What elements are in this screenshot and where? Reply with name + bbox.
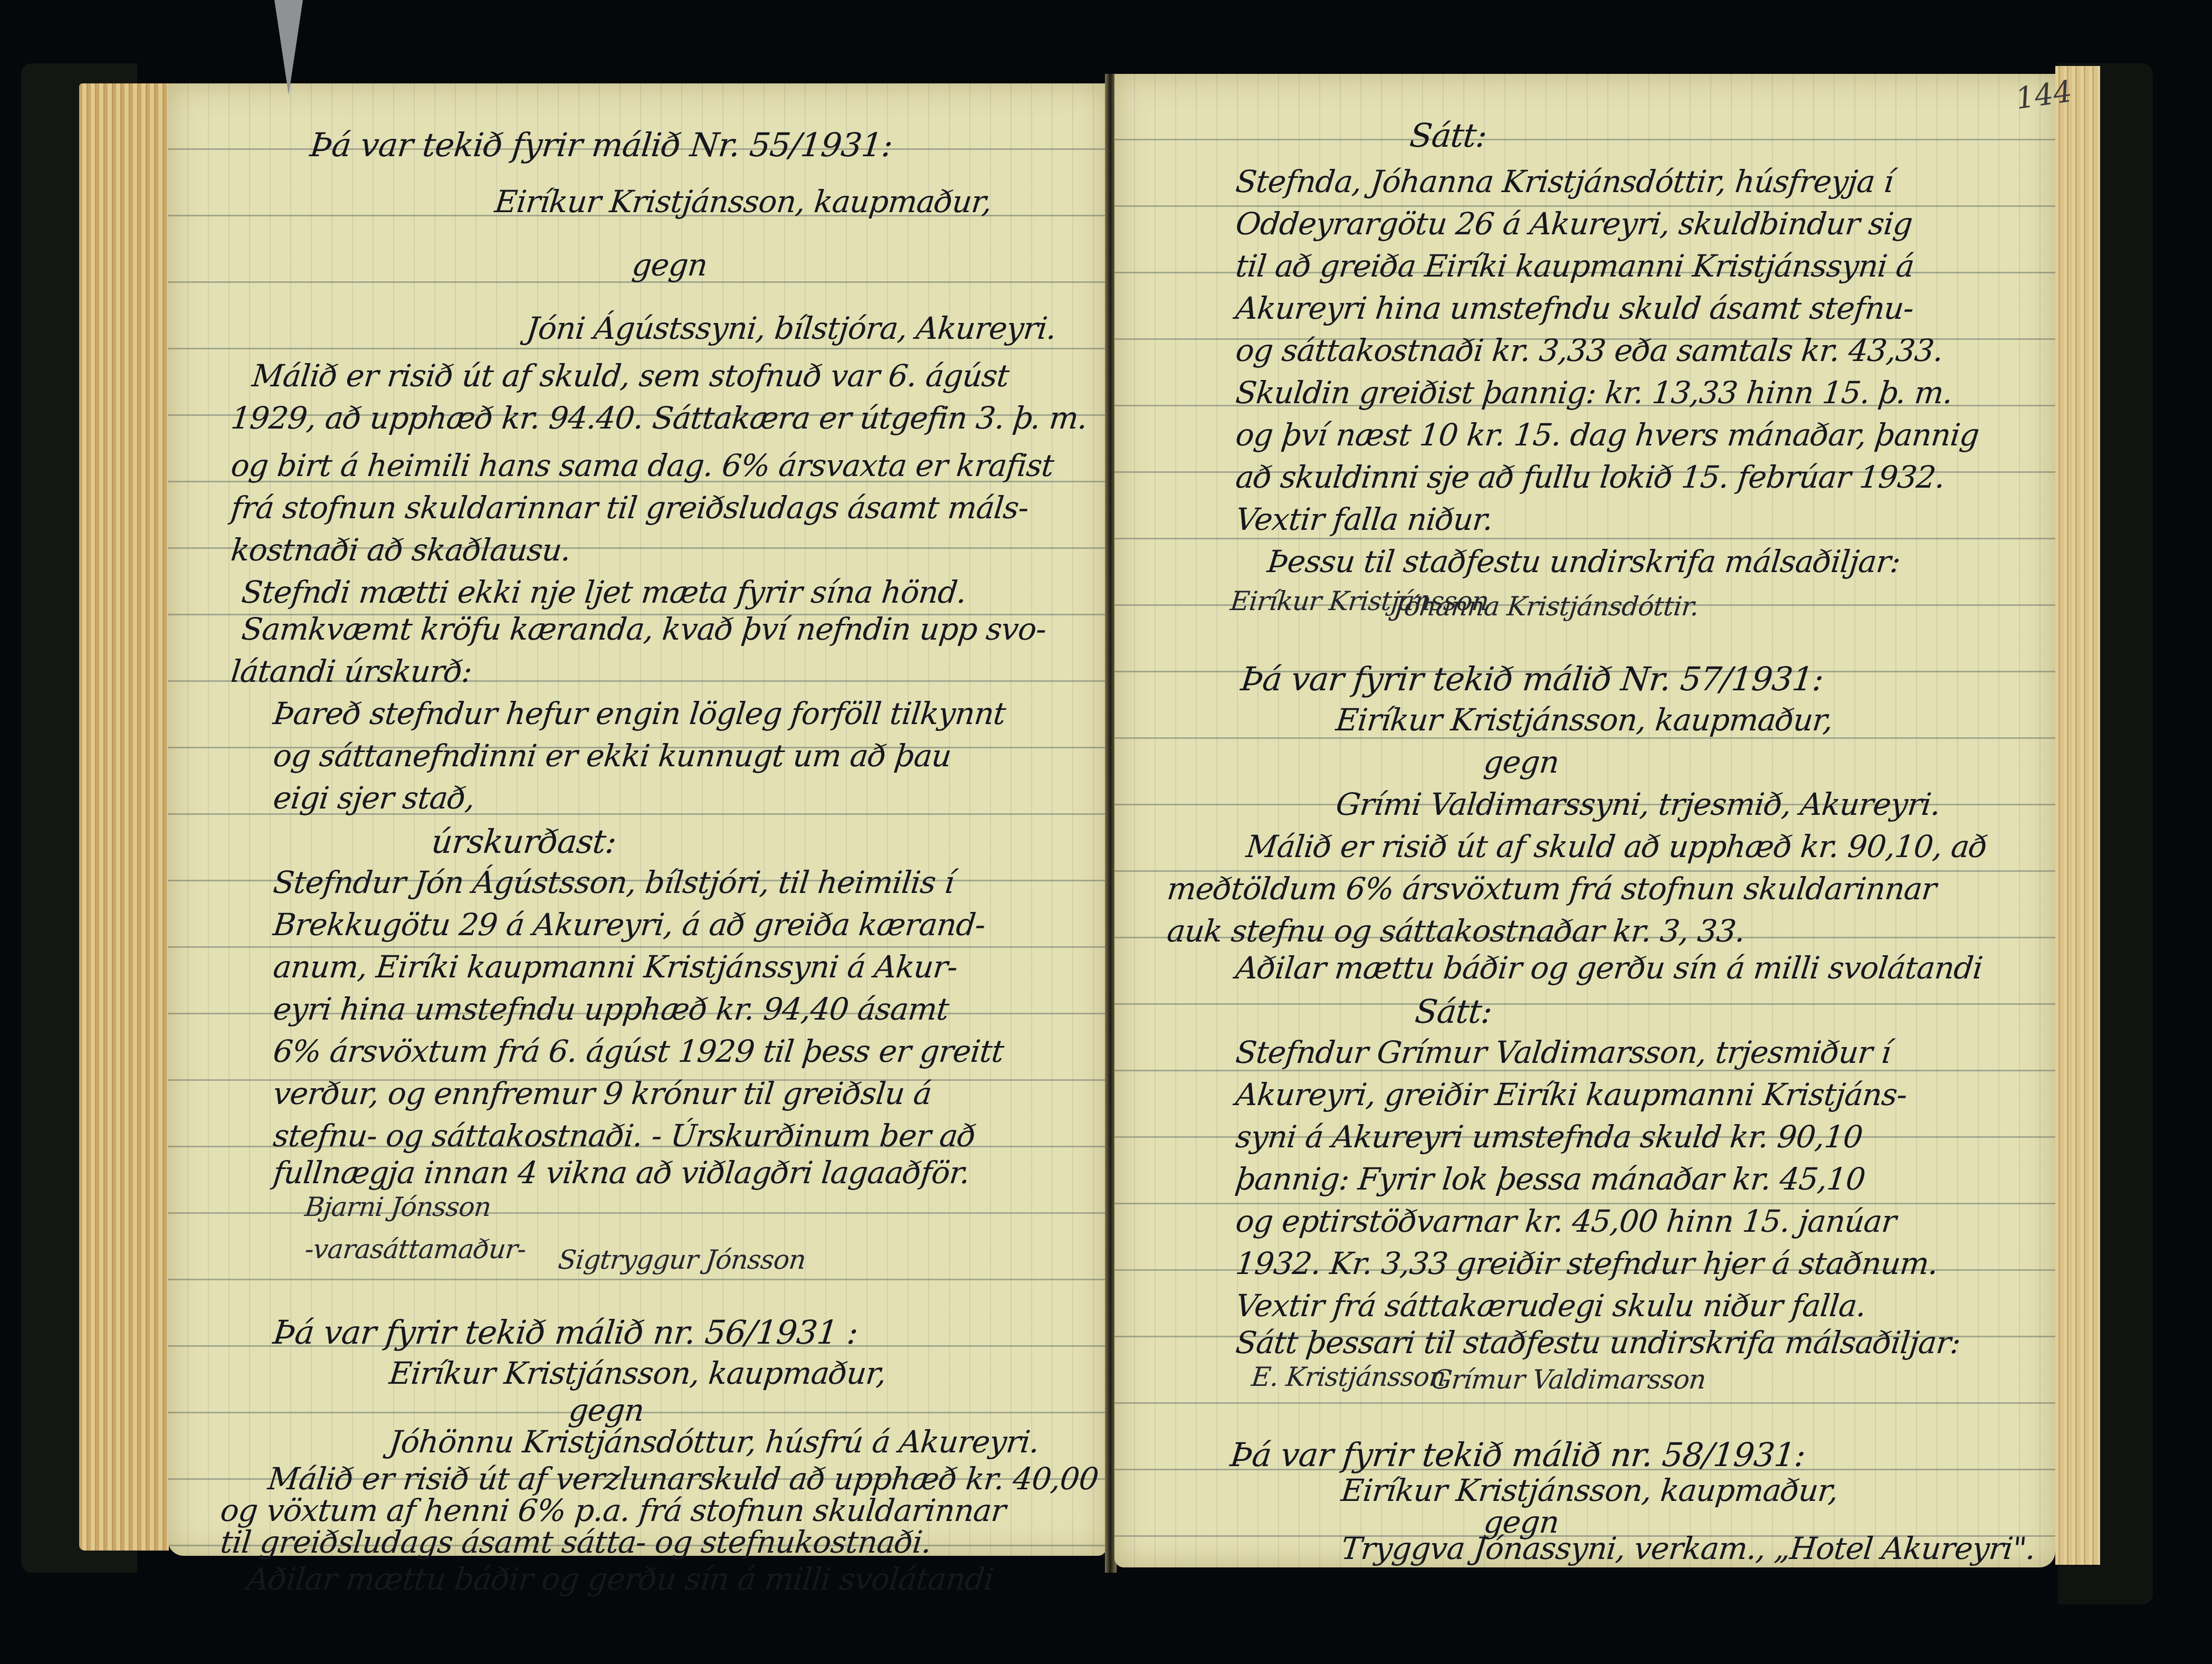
defendant-line: Tryggva Jónassyni, verkam., „Hotel Akure… (1339, 1530, 2037, 1566)
settlement-heading: Sátt: (1408, 116, 1489, 155)
page-holder-blade-icon (274, 0, 303, 95)
text-line: Skuldin greiðist þannig: kr. 13,33 hinn … (1234, 375, 1954, 411)
case-56-heading: Þá var fyrir tekið málið nr. 56/1931 : (271, 1313, 860, 1352)
text-line: Sátt þessari til staðfestu undirskrifa m… (1234, 1325, 1962, 1361)
page-edges-left (79, 83, 169, 1551)
text-line: að skuldinni sje að fullu lokið 15. febr… (1234, 459, 1946, 495)
text-line: Þareð stefndur hefur engin lögleg forföl… (271, 696, 1007, 731)
ruling-heading: úrskurðast: (430, 822, 618, 861)
plaintiff-line: Eiríkur Kristjánsson, kaupmaður, (1334, 702, 1834, 738)
text-line: syni á Akureyri umstefnda skuld kr. 90,1… (1234, 1119, 1864, 1155)
text-line: og birt á heimili hans sama dag. 6% ársv… (229, 448, 1055, 483)
text-line: Málið er risið út af skuld að upphæð kr.… (1244, 829, 1989, 864)
text-line: 6% ársvöxtum frá 6. ágúst 1929 til þess … (271, 1033, 1005, 1069)
text-line: Stefndur Grímur Valdimarsson, trjesmiður… (1234, 1034, 1892, 1070)
text-line: Málið er risið út af verzlunarskuld að u… (266, 1461, 1100, 1497)
text-line: 1932. Kr. 3,33 greiðir stefndur hjer á s… (1234, 1245, 1940, 1281)
text-line: Aðilar mættu báðir og gerðu sín á milli … (1234, 950, 1984, 986)
text-line: og því næst 10 kr. 15. dag hvers mánaðar… (1234, 417, 1980, 453)
text-line: og sáttakostnaði kr. 3,33 eða samtals kr… (1234, 332, 1944, 368)
text-line: Vextir frá sáttakærudegi skulu niður fal… (1234, 1288, 1867, 1324)
case-57-heading: Þá var fyrir tekið málið Nr. 57/1931: (1239, 660, 1825, 698)
text-line: Aðilar mættu báðir og gerðu sín á milli … (245, 1561, 995, 1597)
defendant-line: Jóhönnu Kristjánsdóttur, húsfrú á Akurey… (387, 1424, 1041, 1460)
text-line: Akureyri, greiðir Eiríki kaupmanni Krist… (1234, 1077, 1909, 1112)
signature: E. Kristjánsson (1250, 1362, 1447, 1392)
text-line: anum, Eiríki kaupmanni Kristjánssyni á A… (271, 949, 959, 985)
text-line: Vextir falla niður. (1234, 501, 1494, 537)
text-line: Stefndur Jón Ágústsson, bílstjóri, til h… (271, 864, 956, 900)
case-58-heading: Þá var fyrir tekið málið nr. 58/1931: (1228, 1435, 1807, 1474)
versus-line: gegn (567, 1392, 645, 1428)
defendant-line: Grími Valdimarssyni, trjesmið, Akureyri. (1334, 786, 1942, 822)
text-line: þannig: Fyrir lok þessa mánaðar kr. 45,1… (1234, 1161, 1866, 1197)
versus-line: gegn (1482, 744, 1560, 780)
text-line: kostnaði að skaðlausu. (229, 532, 573, 568)
text-line: til að greiða Eiríki kaupmanni Kristjáns… (1234, 248, 1915, 284)
settlement-heading: Sátt: (1413, 992, 1494, 1031)
text-line: stefnu- og sáttakostnaði. - Úrskurðinum … (271, 1118, 977, 1154)
case-55-heading: Þá var tekið fyrir málið Nr. 55/1931: (308, 126, 894, 164)
text-line: og vöxtum af henni 6% p.a. frá stofnun s… (218, 1492, 1007, 1528)
text-line: og eptirstöðvarnar kr. 45,00 hinn 15. ja… (1234, 1203, 1898, 1239)
text-line: Stefndi mætti ekki nje ljet mæta fyrir s… (240, 574, 968, 610)
signature-title: -varasáttamaður- (303, 1234, 528, 1264)
text-line: auk stefnu og sáttakostnaðar kr. 3, 33. (1165, 913, 1747, 949)
text-line: frá stofnun skuldarinnar til greiðsludag… (229, 490, 1030, 526)
signature: Jóhanna Kristjánsdóttir. (1393, 591, 1700, 622)
text-line: Oddeyrargötu 26 á Akureyri, skuldbindur … (1234, 206, 1914, 242)
text-line: 1929, að upphæð kr. 94.40. Sáttakæra er … (229, 400, 1089, 436)
signature: Sigtryggur Jónsson (557, 1244, 807, 1275)
text-line: meðtöldum 6% ársvöxtum frá stofnun skuld… (1165, 871, 1938, 907)
text-line: Akureyri hina umstefndu skuld ásamt stef… (1234, 290, 1915, 326)
page-edges-right (2055, 66, 2100, 1565)
text-line: til greiðsludags ásamt sátta- og stefnuk… (218, 1524, 933, 1560)
plaintiff-line: Eiríkur Kristjánsson, kaupmaður, (387, 1355, 888, 1391)
text-line: Málið er risið út af skuld, sem stofnuð … (250, 358, 1010, 394)
text-line: Brekkugötu 29 á Akureyri, á að greiða kæ… (271, 907, 987, 943)
text-line: Þessu til staðfestu undirskrifa málsaðil… (1265, 544, 1902, 579)
left-page: Þá var tekið fyrir málið Nr. 55/1931: Ei… (168, 83, 1107, 1556)
text-line: eigi sjer stað, (271, 780, 476, 816)
plaintiff-line: Eiríkur Kristjánsson, kaupmaður, (493, 184, 993, 220)
text-line: fullnægja innan 4 vikna að viðlagðri lag… (271, 1155, 971, 1191)
text-line: Stefnda, Jóhanna Kristjánsdóttir, húsfre… (1234, 164, 1895, 199)
signature: Bjarni Jónsson (303, 1192, 492, 1222)
versus-line: gegn (630, 247, 709, 283)
text-line: látandi úrskurð: (229, 653, 473, 689)
plaintiff-line: Eiríkur Kristjánsson, kaupmaður, (1339, 1472, 1839, 1508)
text-line: verður, og ennfremur 9 krónur til greiðs… (271, 1076, 933, 1111)
text-line: Samkvæmt kröfu kæranda, kvað því nefndin… (240, 611, 1047, 647)
defendant-line: Jóni Ágústssyni, bílstjóra, Akureyri. (525, 310, 1057, 346)
right-page: Sátt: Stefnda, Jóhanna Kristjánsdóttir, … (1114, 74, 2055, 1567)
text-line: eyri hina umstefndu upphæð kr. 94,40 ása… (271, 991, 950, 1027)
text-line: og sáttanefndinni er ekki kunnugt um að … (271, 738, 952, 774)
signature: Grímur Valdimarsson (1429, 1364, 1707, 1395)
